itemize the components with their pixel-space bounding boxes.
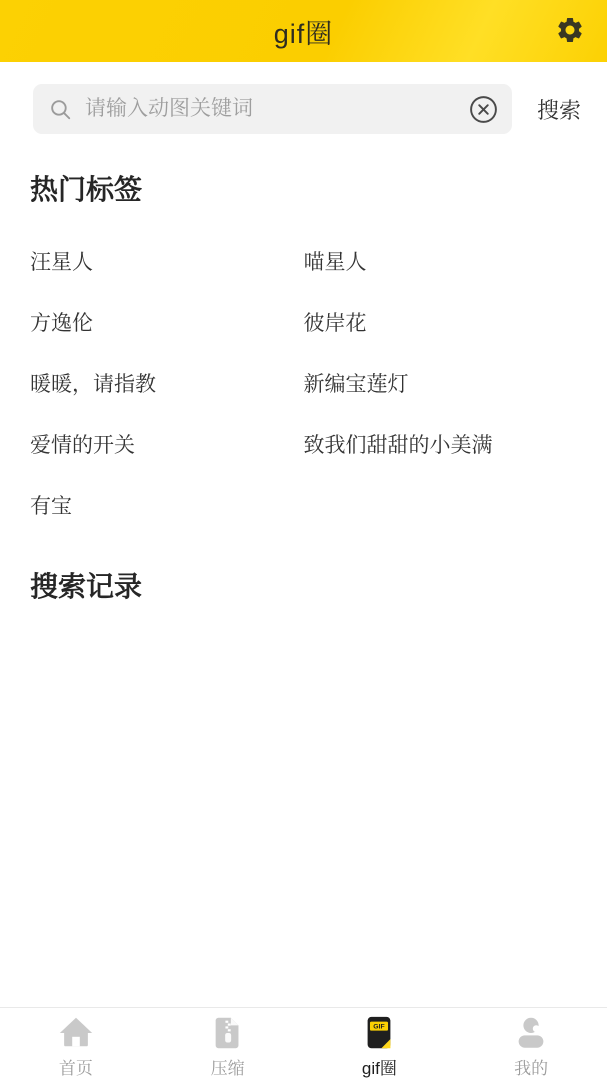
magnifier-icon [48,97,73,122]
hot-tag[interactable]: 喵星人 [304,252,578,274]
search-row: 搜索 [33,84,581,134]
tab-home[interactable]: 首页 [0,1008,152,1080]
tab-mine[interactable]: 我的 [455,1008,607,1080]
tab-label: 压缩 [211,1054,245,1079]
hot-tag[interactable]: 爱情的开关 [30,435,304,457]
search-bar [33,84,512,134]
tab-compress[interactable]: 压缩 [152,1008,304,1080]
app-screen: gif圈 [0,0,607,1080]
user-icon [509,1013,553,1053]
zip-file-icon [206,1013,250,1053]
tab-label: gif圈 [362,1054,397,1079]
svg-text:GIF: GIF [374,1024,385,1031]
settings-button[interactable] [553,14,587,48]
tab-gif-circle[interactable]: GIF gif圈 [304,1008,456,1080]
hot-tag[interactable]: 方逸伦 [30,313,304,335]
gif-file-icon: GIF [357,1013,401,1053]
page-title: gif圈 [274,12,334,51]
app-header: gif圈 [0,0,607,62]
tab-label: 首页 [59,1054,93,1079]
gear-icon [555,15,585,48]
tab-label: 我的 [514,1054,548,1079]
hot-tag[interactable]: 彼岸花 [304,313,578,335]
hot-tag[interactable]: 新编宝莲灯 [304,374,578,396]
bottom-tab-bar: 首页 压缩 GIF [0,1007,607,1080]
clear-search-button[interactable] [468,94,499,125]
circle-x-icon [468,94,499,125]
hot-tag[interactable]: 有宝 [30,496,304,518]
search-input[interactable] [85,97,468,121]
hot-tag[interactable]: 致我们甜甜的小美满 [304,435,578,457]
home-icon [54,1013,98,1053]
hot-tag[interactable]: 汪星人 [30,252,304,274]
hot-tags-grid: 汪星人 喵星人 方逸伦 彼岸花 暖暖，请指教 新编宝莲灯 爱情的开关 致我们甜甜… [30,252,577,518]
hot-tag[interactable]: 暖暖，请指教 [30,374,304,396]
search-button[interactable]: 搜索 [537,94,581,125]
hot-tags-title: 热门标签 [30,168,577,208]
main-content: 热门标签 汪星人 喵星人 方逸伦 彼岸花 暖暖，请指教 新编宝莲灯 爱情的开关 … [0,168,607,605]
search-history-title: 搜索记录 [30,565,577,605]
